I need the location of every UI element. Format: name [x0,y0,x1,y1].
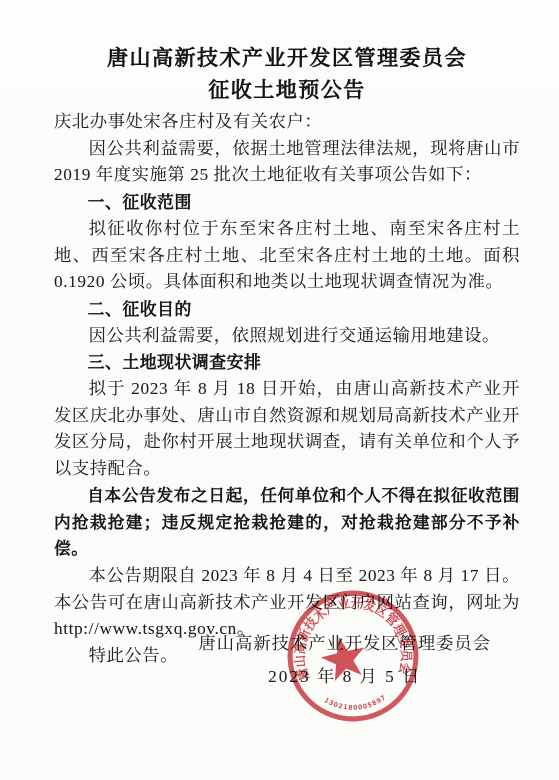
document-body: 庆北办事处宋各庄村及有关农户： 因公共利益需要，依据土地管理法律法规，现将唐山市… [54,109,520,670]
section-1-paragraph: 拟征收你村位于东至宋各庄村土地、南至宋各庄村土地、西至宋各庄村土地、北至宋各庄村… [54,216,520,296]
page-subtitle: 征收土地预公告 [54,74,520,106]
page-title: 唐山高新技术产业开发区管理委员会 [54,42,520,74]
signature-block: 唐山高新技术产业开发区管理委员会 2023 年 8 月 5 日 [198,630,491,690]
signature-date: 2023 年 8 月 5 日 [198,663,491,690]
section-3-paragraph: 拟于 2023 年 8 月 18 日开始，由唐山高新技术产业开发区庆北办事处、唐… [54,376,520,483]
intro-paragraph: 因公共利益需要，依据土地管理法律法规，现将唐山市 2019 年度实施第 25 批… [54,136,520,189]
warning-paragraph: 自本公告发布之日起，任何单位和个人不得在拟征收范围内抢栽抢建；违反规定抢栽抢建的… [54,483,520,563]
section-heading-1: 一、征收范围 [54,189,520,216]
document-title-block: 唐山高新技术产业开发区管理委员会 征收土地预公告 [54,42,520,106]
signature-organization: 唐山高新技术产业开发区管理委员会 [198,630,491,657]
svg-text:1302180005897: 1302180005897 [323,693,389,714]
section-heading-3: 三、土地现状调查安排 [54,349,520,376]
seal-serial-number: 1302180005897 [323,693,389,714]
section-heading-2: 二、征收目的 [54,296,520,323]
announcement-page: 唐山高新技术产业开发区管理委员会 征收土地预公告 庆北办事处宋各庄村及有关农户：… [0,0,559,780]
section-2-paragraph: 因公共利益需要，依照规划进行交通运输用地建设。 [54,323,520,350]
salutation-line: 庆北办事处宋各庄村及有关农户： [54,109,520,136]
